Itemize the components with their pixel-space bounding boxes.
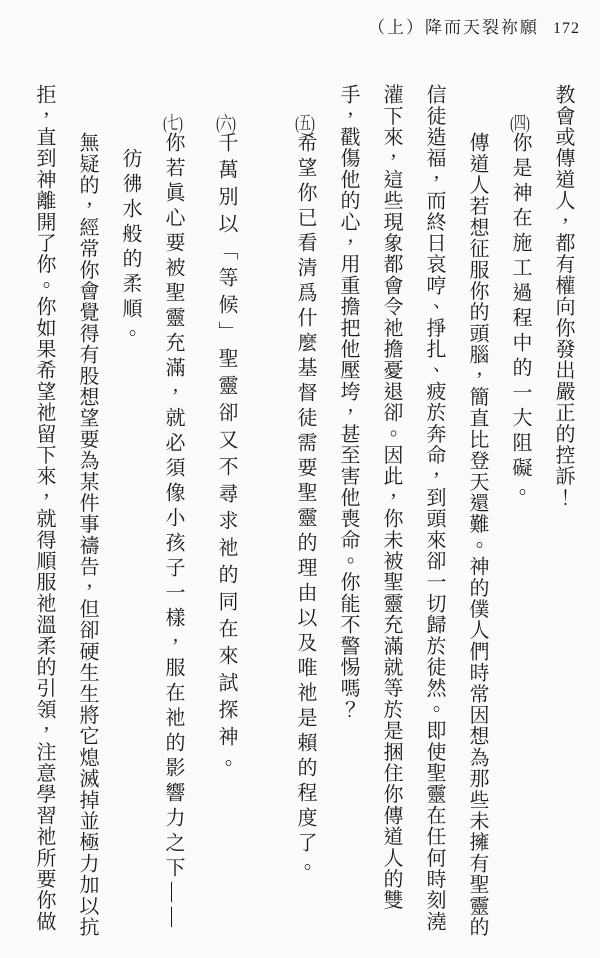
text-column: (六)千萬別以「等候」聖靈卻又不尋求祂的同在來試探神。 bbox=[204, 84, 247, 950]
running-header: （上）降而天裂祢願 172 bbox=[368, 13, 580, 38]
text-column: (七)你若眞心要被聖靈充滿，就必須像小孩子一樣，服在祂的影響力之下—— bbox=[151, 84, 194, 950]
item-number-marker: (五) bbox=[295, 114, 315, 132]
text-column: 拒，直到神離開了你。你如果希望祂留下來，就得順服祂溫柔的引領，注意學習祂所要你做 bbox=[22, 84, 65, 950]
text-column: 彷彿水般的柔順。 bbox=[108, 84, 151, 950]
item-number-marker: (六) bbox=[216, 114, 236, 132]
item-number-marker: (四) bbox=[510, 114, 530, 132]
text-column: 信徒造福，而終日哀哼、掙扎、疲於奔命，到頭來卻一切歸於徒然。即使聖靈在任何時刻澆 bbox=[412, 84, 455, 950]
text-column: 無疑的，經常你會覺得有股想望要為某件事禱告，但卻硬生生將它熄滅掉並極力加以抗 bbox=[65, 84, 108, 950]
running-title: （上）降而天裂祢願 bbox=[368, 13, 539, 38]
text-column: (五)希望你已看清爲什麼基督徒需要聖靈的理由以及唯祂是賴的程度了。 bbox=[283, 84, 326, 950]
item-number-marker: (七) bbox=[163, 114, 183, 132]
text-column: (四)你是神在施工過程中的一大阻礙。 bbox=[498, 84, 541, 950]
text-column: 傳道人若想征服你的頭腦，簡直比登天還難。神的僕人們時常因想為那些未擁有聖靈的 bbox=[455, 84, 498, 950]
page-number: 172 bbox=[553, 20, 580, 38]
vertical-text-block: 教會或傳道人，都有權向你發出嚴正的控訴！(四)你是神在施工過程中的一大阻礙。傳道… bbox=[16, 84, 584, 950]
text-column: 教會或傳道人，都有權向你發出嚴正的控訴！ bbox=[541, 84, 584, 950]
text-column: 灌下來，這些現象都會令祂擔憂退卻。因此，你未被聖靈充滿就等於是捆住你傳道人的雙 bbox=[369, 84, 412, 950]
text-column: 手，戳傷他的心，用重擔把他壓垮，甚至害他喪命。你能不警惕嗎？ bbox=[326, 84, 369, 950]
